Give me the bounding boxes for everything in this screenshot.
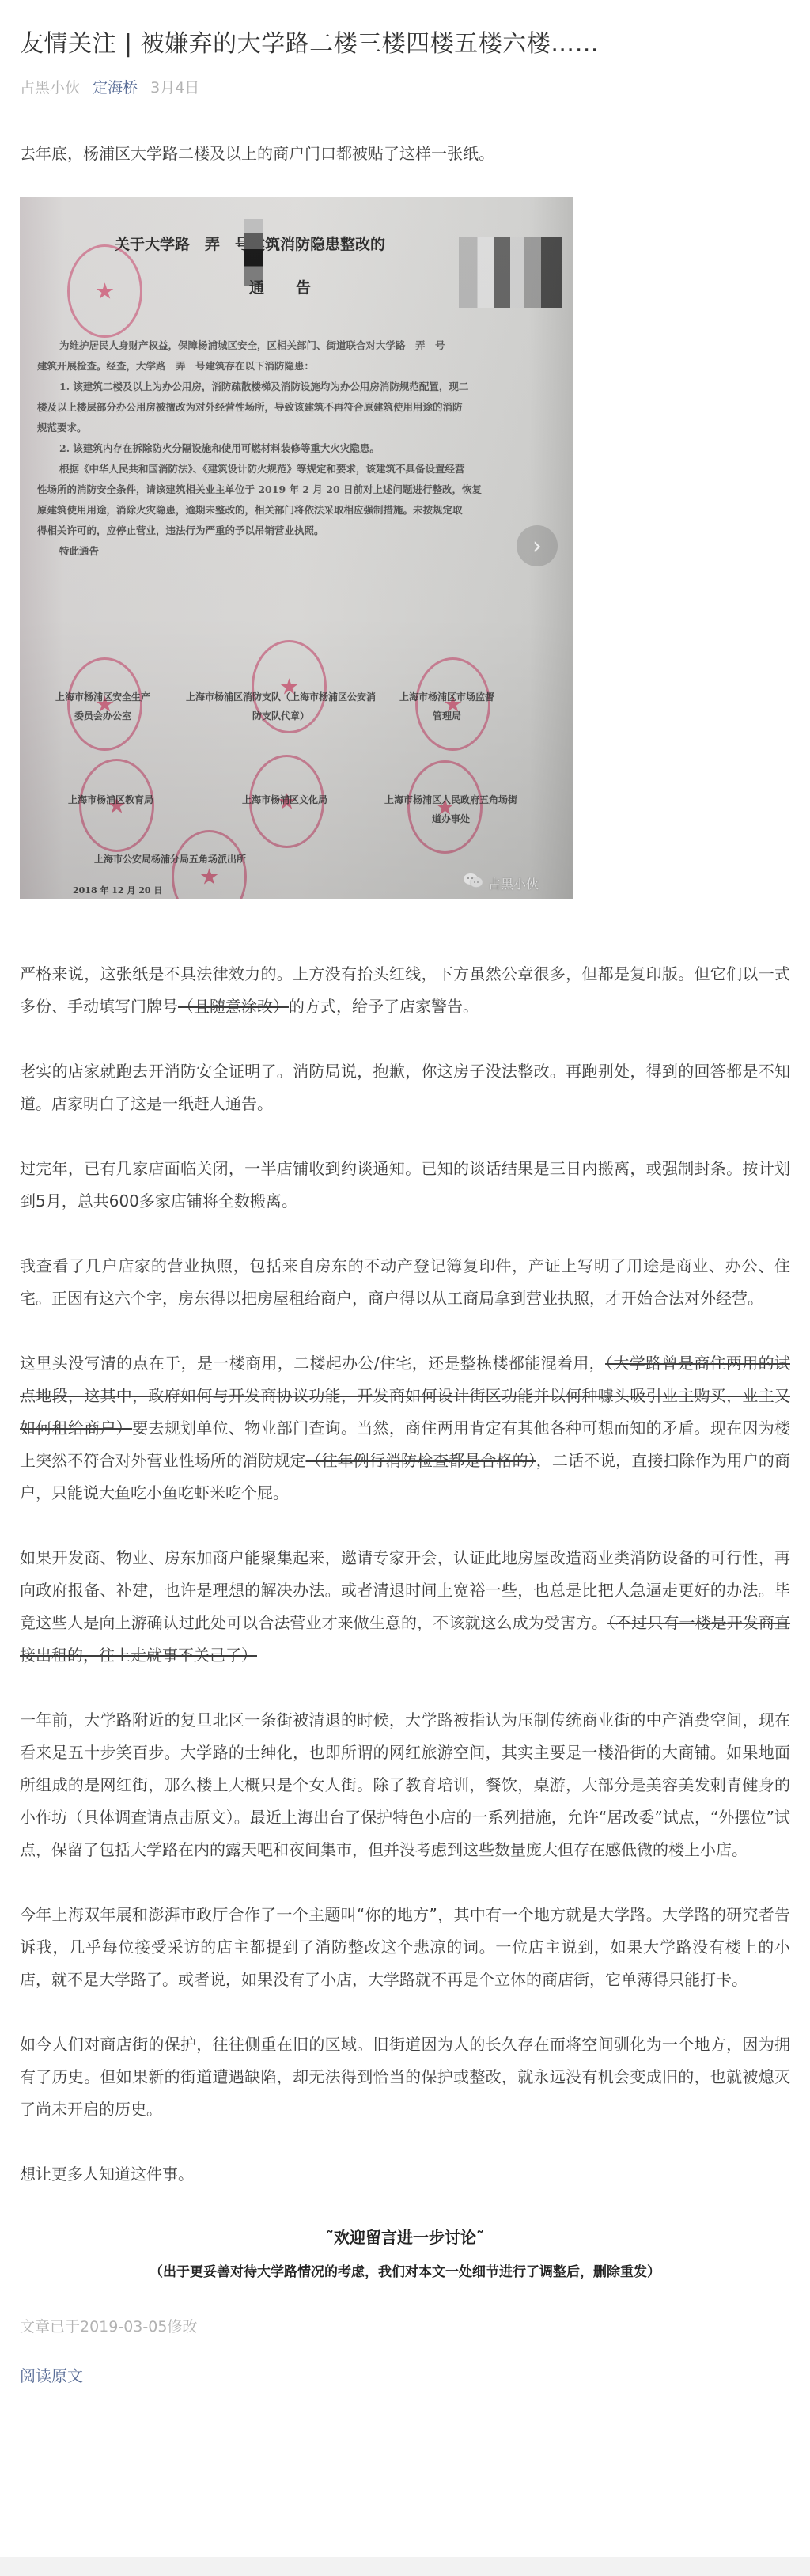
discussion-invite: ˜欢迎留言进一步讨论˜	[20, 2223, 790, 2252]
paragraph-text: 我查看了几户店家的营业执照，包括来自房东的不动产登记簿复印件，产证上写明了用途是…	[20, 1256, 790, 1308]
paragraph-text: 的方式，给予了店家警告。	[289, 997, 479, 1016]
paragraph-text: 这里头没写清的点在于，是一楼商用，二楼起办公/住宅，还是整栋楼都能混着用，	[20, 1354, 605, 1373]
repost-note: （出于更妥善对待大学路情况的考虑，我们对本文一处细节进行了调整后，删除重发）	[20, 2258, 790, 2286]
paragraph-text: 今年上海双年展和澎湃市政厅合作了一个主题叫“你的地方”，其中有一个地方就是大学路…	[20, 1905, 790, 1989]
article-paragraph: 一年前，大学路附近的复旦北区一条街被清退的时候，大学路被指认为压制传统商业街的中…	[20, 1704, 790, 1866]
article-page: 友情关注 | 被嫌弃的大学路二楼三楼四楼五楼六楼…… 占黑小伙 定海桥 3月4日…	[0, 0, 810, 2388]
article-paragraph: 如今人们对商店街的保护，往往侧重在旧的区域。旧街道因为人的长久存在而将空间驯化为…	[20, 2029, 790, 2126]
struck-text: （且随意涂改）	[178, 997, 289, 1016]
article-paragraph: 我查看了几户店家的营业执照，包括来自房东的不动产登记簿复印件，产证上写明了用途是…	[20, 1250, 790, 1315]
author-name: 占黑小伙	[20, 79, 80, 97]
article-paragraph: 如果开发商、物业、房东加商户能聚集起来，邀请专家开会，认证此地房屋改造商业类消防…	[20, 1542, 790, 1672]
article-paragraph: 老实的店家就跑去开消防安全证明了。消防局说，抱歉，你这房子没法整改。再跑别处，得…	[20, 1055, 790, 1120]
footer-bar	[0, 2557, 810, 2576]
article-paragraph: 过完年，已有几家店面临关闭，一半店铺收到约谈通知。已知的谈话结果是三日内搬离，或…	[20, 1153, 790, 1218]
publish-date: 3月4日	[150, 79, 199, 97]
article-paragraph: 这里头没写清的点在于，是一楼商用，二楼起办公/住宅，还是整栋楼都能混着用，（大学…	[20, 1347, 790, 1510]
article-meta: 占黑小伙 定海桥 3月4日	[20, 78, 790, 98]
article-paragraph: 严格来说，这张纸是不具法律效力的。上方没有抬头红线，下方虽然公章很多，但都是复印…	[20, 958, 790, 1023]
article-paragraph: 想让更多人知道这件事。	[20, 2158, 790, 2191]
account-link[interactable]: 定海桥	[93, 79, 138, 97]
article-paragraph: 今年上海双年展和澎湃市政厅合作了一个主题叫“你的地方”，其中有一个地方就是大学路…	[20, 1899, 790, 1996]
paragraph-text: 老实的店家就跑去开消防安全证明了。消防局说，抱歉，你这房子没法整改。再跑别处，得…	[20, 1062, 790, 1113]
paragraph-text: 过完年，已有几家店面临关闭，一半店铺收到约谈通知。已知的谈话结果是三日内搬离，或…	[20, 1159, 790, 1210]
paragraph-text: 如今人们对商店街的保护，往往侧重在旧的区域。旧街道因为人的长久存在而将空间驯化为…	[20, 2035, 790, 2119]
modified-notice: 文章已于2019-03-05修改	[20, 2315, 790, 2339]
article-paragraphs: 严格来说，这张纸是不具法律效力的。上方没有抬头红线，下方虽然公章很多，但都是复印…	[20, 958, 790, 2191]
read-original-link[interactable]: 阅读原文	[20, 2364, 83, 2388]
intro-paragraph: 去年底，杨浦区大学路二楼及以上的商户门口都被贴了这样一张纸。	[20, 138, 790, 170]
article-title: 友情关注 | 被嫌弃的大学路二楼三楼四楼五楼六楼……	[20, 0, 790, 60]
closing-section: ˜欢迎留言进一步讨论˜ （出于更妥善对待大学路情况的考虑，我们对本文一处细节进行…	[20, 2223, 790, 2286]
struck-text: （往年例行消防检查都是合格的）	[306, 1451, 536, 1470]
article-content: 去年底，杨浦区大学路二楼及以上的商户门口都被贴了这样一张纸。 关于大学路 弄 号…	[20, 138, 790, 2191]
paragraph-text: 一年前，大学路附近的复旦北区一条街被清退的时候，大学路被指认为压制传统商业街的中…	[20, 1710, 790, 1859]
notice-photo[interactable]: 关于大学路 弄 号建筑消防隐患整改的 通告 为维护居民人身财产权益，保障杨浦城区…	[20, 197, 573, 899]
paragraph-text: 想让更多人知道这件事。	[20, 2165, 194, 2184]
